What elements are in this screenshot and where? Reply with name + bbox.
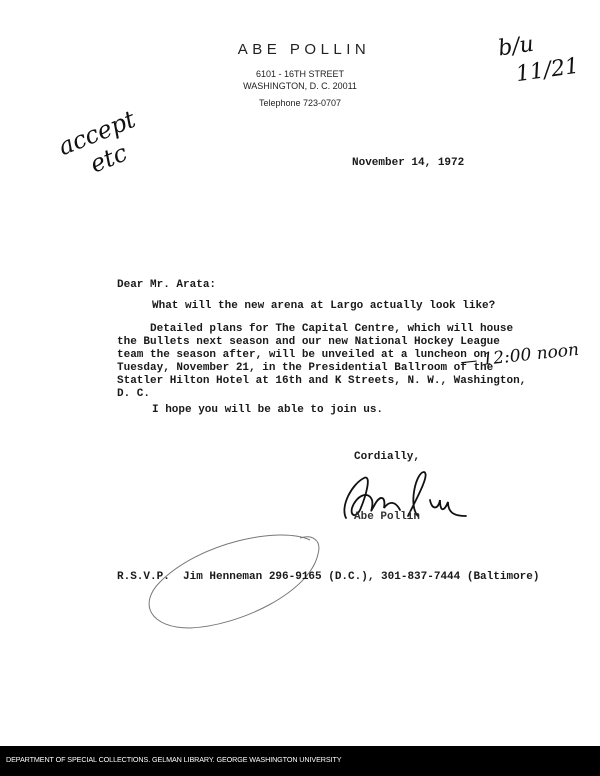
archive-credit: DEPARTMENT OF SPECIAL COLLECTIONS. GELMA… (6, 755, 341, 764)
signature-name: Abe Pollin (354, 511, 420, 524)
letterhead-telephone: Telephone 723-0707 (0, 98, 600, 108)
archive-footer: DEPARTMENT OF SPECIAL COLLECTIONS. GELMA… (0, 746, 600, 776)
paragraph-3: I hope you will be able to join us. (152, 404, 383, 417)
closing: Cordially, (354, 451, 420, 464)
letter-page: ABE POLLIN 6101 - 16TH STREET WASHINGTON… (0, 0, 600, 746)
handwritten-accept-note: accept etc (54, 105, 150, 187)
letter-date: November 14, 1972 (352, 157, 464, 170)
rsvp-line: R.S.V.P. Jim Henneman 296-9165 (D.C.), 3… (117, 571, 539, 584)
salutation: Dear Mr. Arata: (117, 279, 216, 292)
handwritten-initials: b/u 11/21 (496, 25, 580, 91)
paragraph-1: What will the new arena at Largo actuall… (152, 300, 495, 313)
